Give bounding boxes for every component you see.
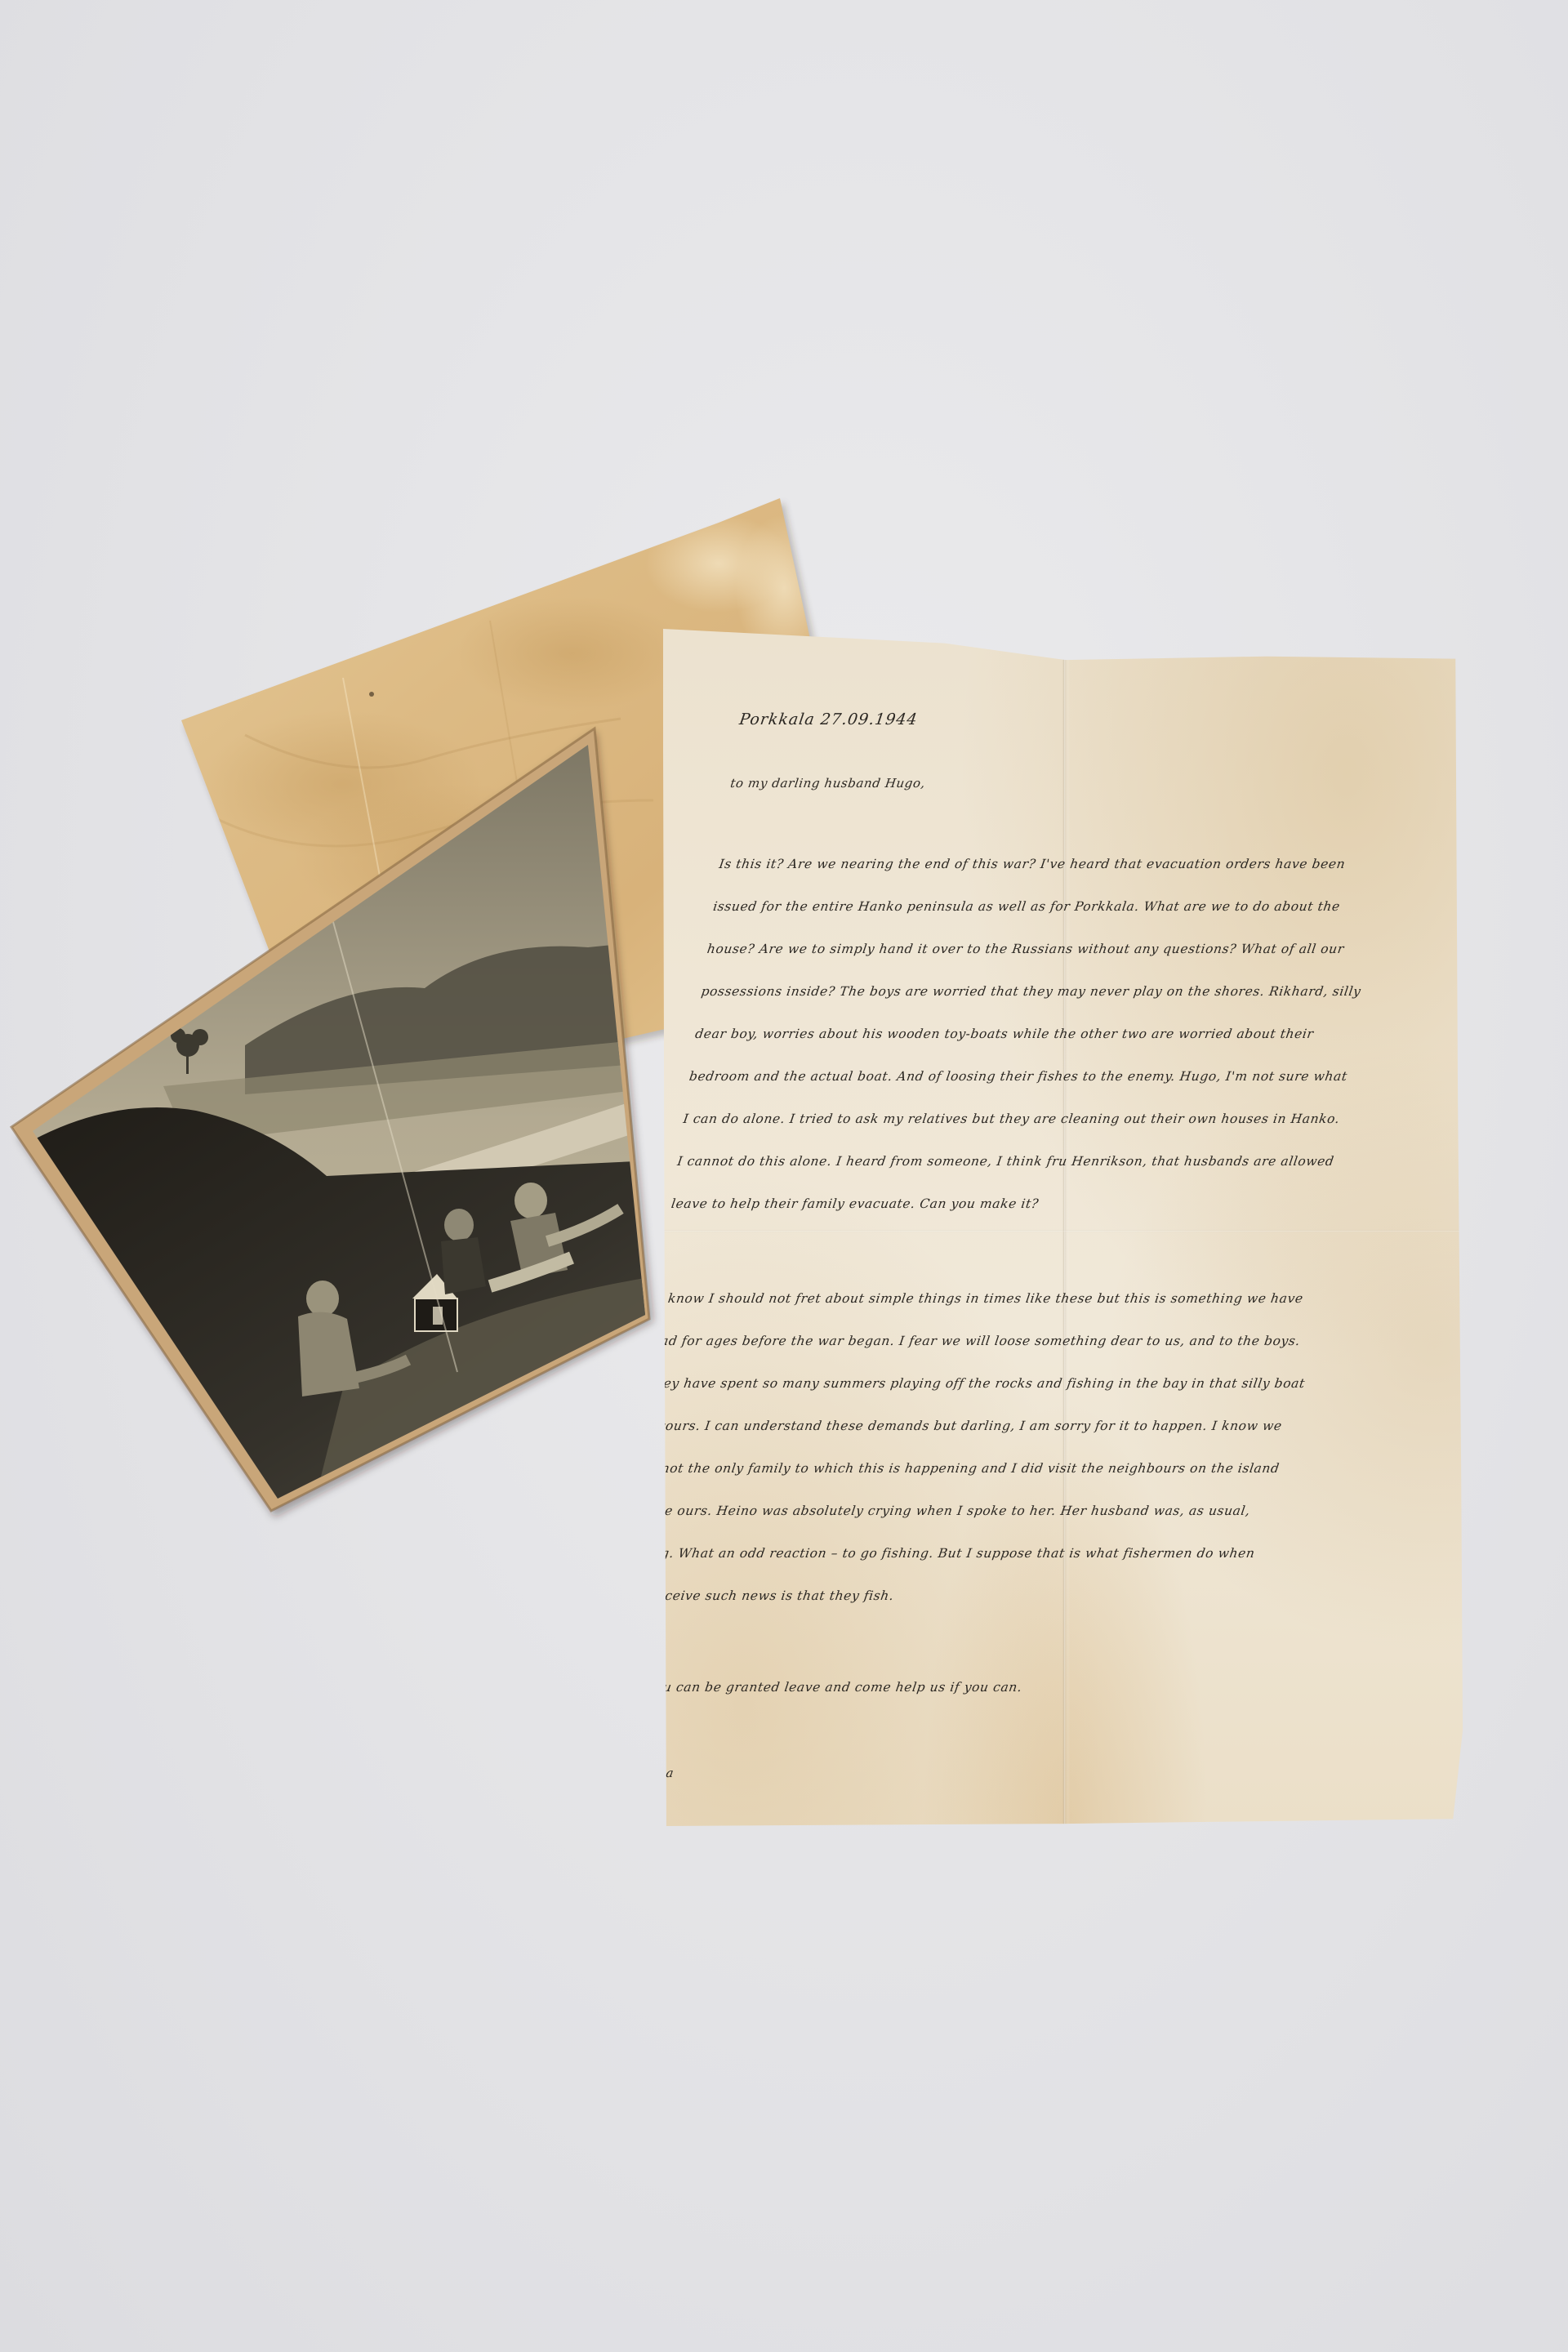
letter-paragraph: I know I should not fret about simple th…: [613, 1277, 1322, 1617]
letter-paragraph: See if you can be granted leave and come…: [600, 1666, 1267, 1708]
letter-closing: love,: [590, 1766, 624, 1780]
letter-body: Porkkala 27.09.1944 to my darling husban…: [590, 710, 1402, 1780]
handwritten-letter: Porkkala 27.09.1944 to my darling husban…: [663, 629, 1468, 1826]
letter-salutation: to my darling husband Hugo,: [729, 776, 1393, 791]
letter-dateline: Porkkala 27.09.1944: [738, 710, 1402, 728]
letter-signoff: love, Annika: [590, 1766, 1254, 1780]
letter-signature: Annika: [626, 1766, 675, 1780]
letter-paragraph: Is this it? Are we nearing the end of th…: [668, 843, 1383, 1225]
document-arrangement: Porkkala 27.09.1944 to my darling husban…: [0, 0, 1568, 2352]
